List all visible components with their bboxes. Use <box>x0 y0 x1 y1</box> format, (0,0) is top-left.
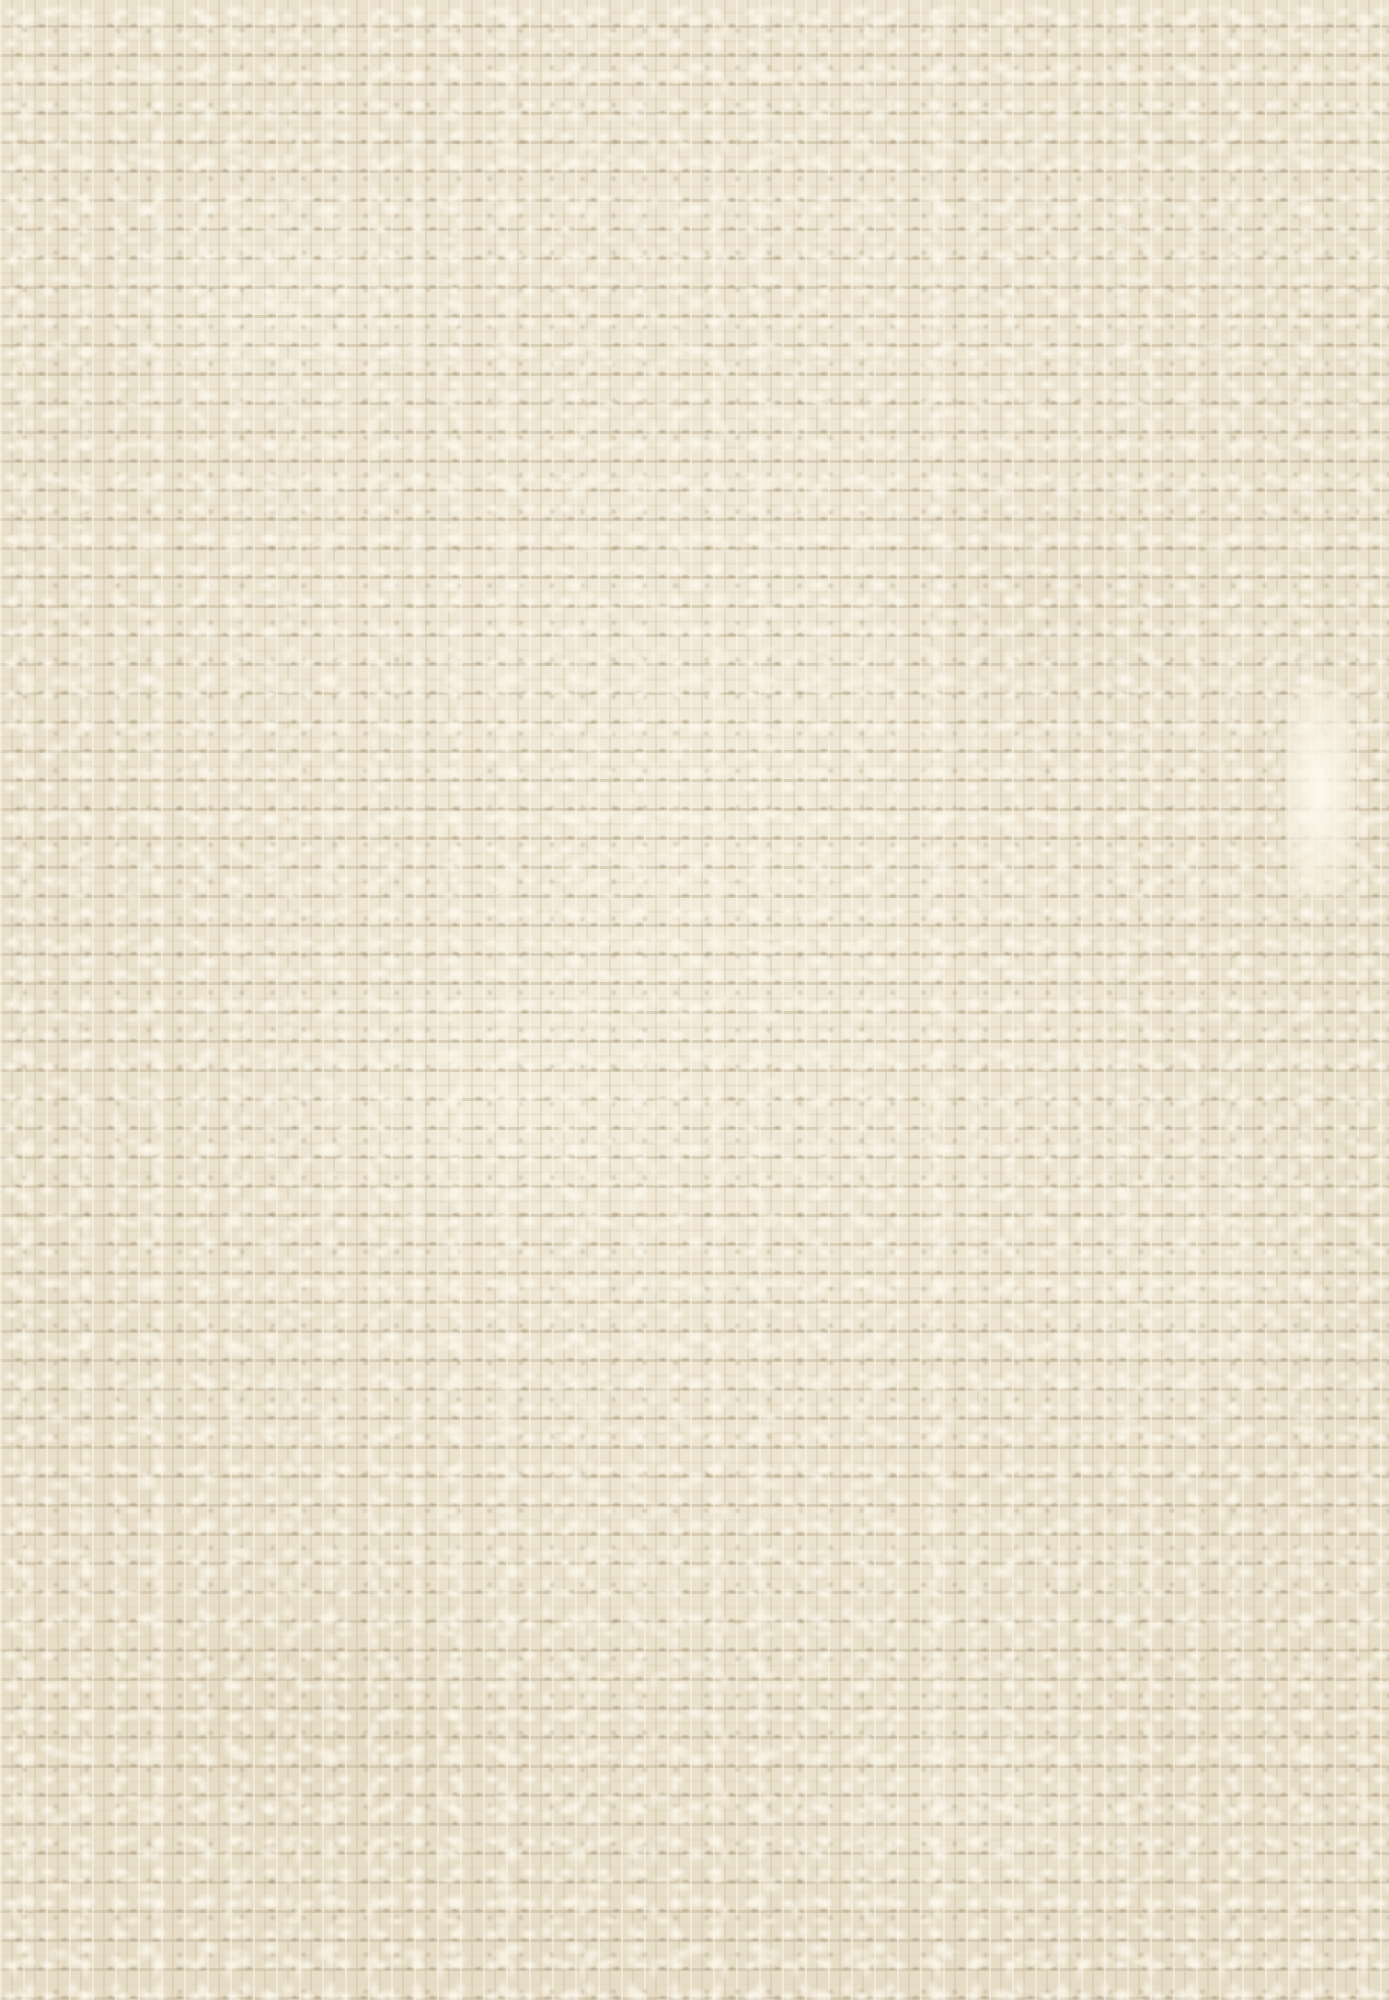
fabric-texture-photo <box>0 0 1389 2000</box>
boucle-nubs-small <box>0 0 1389 2000</box>
yarn-slub <box>1285 680 1355 900</box>
